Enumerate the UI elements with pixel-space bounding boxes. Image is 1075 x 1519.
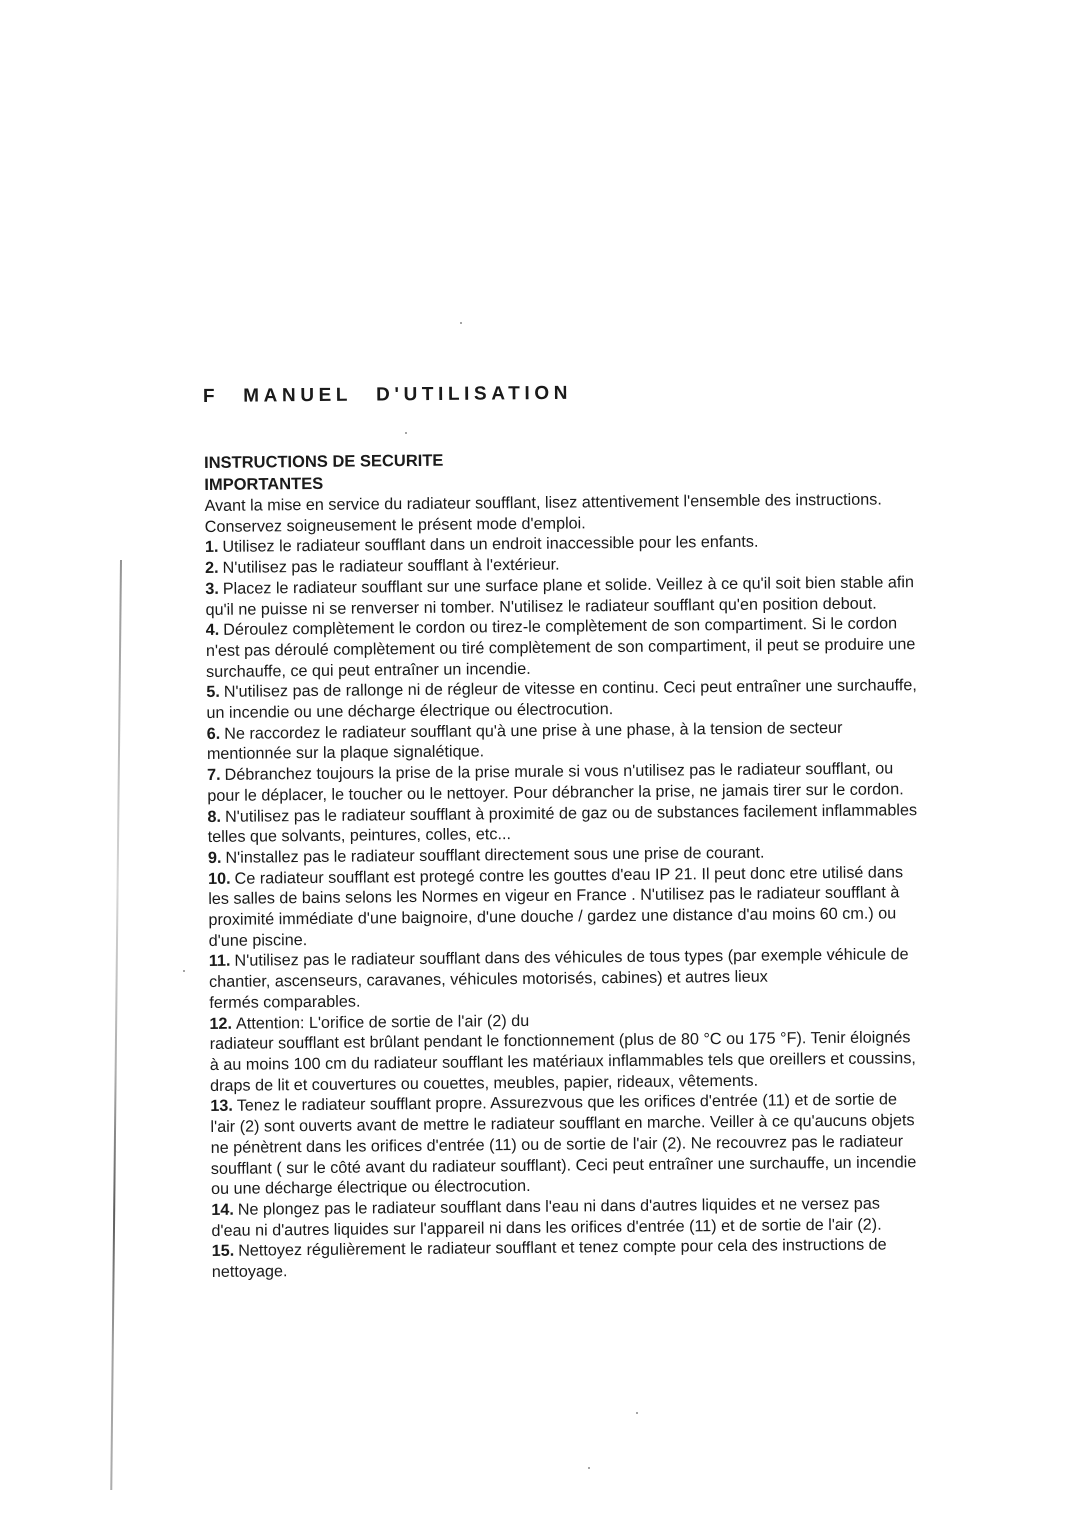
instruction-item-15: 15.Nettoyez régulièrement le radiateur s… [212,1234,924,1282]
item-number: 1. [205,538,219,556]
item-text: N'utilisez pas le radiateur soufflant à … [208,801,917,847]
intro-paragraph: Avant la mise en service du radiateur so… [204,489,916,537]
item-text: N'utilisez pas le radiateur soufflant à … [223,556,560,577]
item-text: Débranchez toujours la prise de la prise… [207,760,904,805]
item-number: 9. [208,849,222,867]
item-text: N'utilisez pas le radiateur soufflant da… [209,946,909,991]
item-number: 2. [205,559,219,577]
scan-speck [183,970,185,972]
scanned-page: FMANUELD'UTILISATION INSTRUCTIONS DE SEC… [0,0,1075,1519]
item-text: Nettoyez régulièrement le radiateur souf… [212,1236,887,1281]
item-text: Ne plongez pas le radiateur soufflant da… [211,1194,881,1239]
manual-title: FMANUELD'UTILISATION [203,383,572,408]
item-number: 14. [211,1201,234,1219]
item-text: N'utilisez pas de rallonge ni de régleur… [206,676,916,722]
item-text: Déroulez complètement le cordon ou tirez… [206,615,916,681]
scan-speck [588,1467,590,1469]
scan-speck [405,432,407,434]
item-text: Ce radiateur soufflant est protegé contr… [208,863,903,950]
item-number: 8. [207,807,221,825]
instruction-item-8: 8.N'utilisez pas le radiateur soufflant … [207,800,919,848]
instruction-item-4: 4.Déroulez complètement le cordon ou tir… [206,613,919,682]
instruction-item-11: 11.N'utilisez pas le radiateur soufflant… [209,945,921,993]
item-text: Attention: L'orifice de sortie de l'air … [236,1011,529,1032]
item-number: 15. [212,1242,235,1260]
item-number: 13. [210,1097,233,1115]
instruction-item-3: 3.Placez le radiateur soufflant sur une … [205,572,917,620]
item-number: 7. [207,766,221,784]
item-text: Placez le radiateur soufflant sur une su… [205,573,914,619]
item-text: N'installez pas le radiateur soufflant d… [225,844,764,867]
item-number: 4. [206,621,220,639]
item-text: Utilisez le radiateur soufflant dans un … [222,533,758,556]
instruction-item-14: 14.Ne plongez pas le radiateur soufflant… [211,1193,923,1241]
item-number: 3. [205,580,219,598]
item-text: Ne raccordez le radiateur soufflant qu'à… [207,719,843,764]
scan-speck [636,1412,638,1414]
language-code: F [203,386,219,407]
instruction-item-7: 7.Débranchez toujours la prise de la pri… [207,758,919,806]
instruction-item-12-continuation: radiateur soufflant est brûlant pendant … [210,1027,923,1096]
instruction-item-10: 10.Ce radiateur soufflant est protegé co… [208,862,921,952]
instruction-item-13: 13.Tenez le radiateur soufflant propre. … [210,1090,923,1200]
item-number: 11. [209,952,231,970]
item-number: 12. [209,1014,232,1032]
scan-speck [460,322,462,324]
item-number: 5. [206,683,220,701]
instruction-item-5: 5.N'utilisez pas de rallonge ni de régle… [206,675,918,723]
item-number: 10. [208,869,231,887]
instruction-item-6: 6.Ne raccordez le radiateur soufflant qu… [207,717,919,765]
safety-instructions: INSTRUCTIONS DE SECURITE IMPORTANTES Ava… [204,445,924,1283]
title-word-manuel: MANUEL [243,385,352,407]
item-text: Tenez le radiateur soufflant propre. Ass… [210,1091,916,1198]
scan-edge-line [110,560,121,1490]
item-number: 6. [207,725,221,743]
title-word-utilisation: D'UTILISATION [376,383,572,406]
